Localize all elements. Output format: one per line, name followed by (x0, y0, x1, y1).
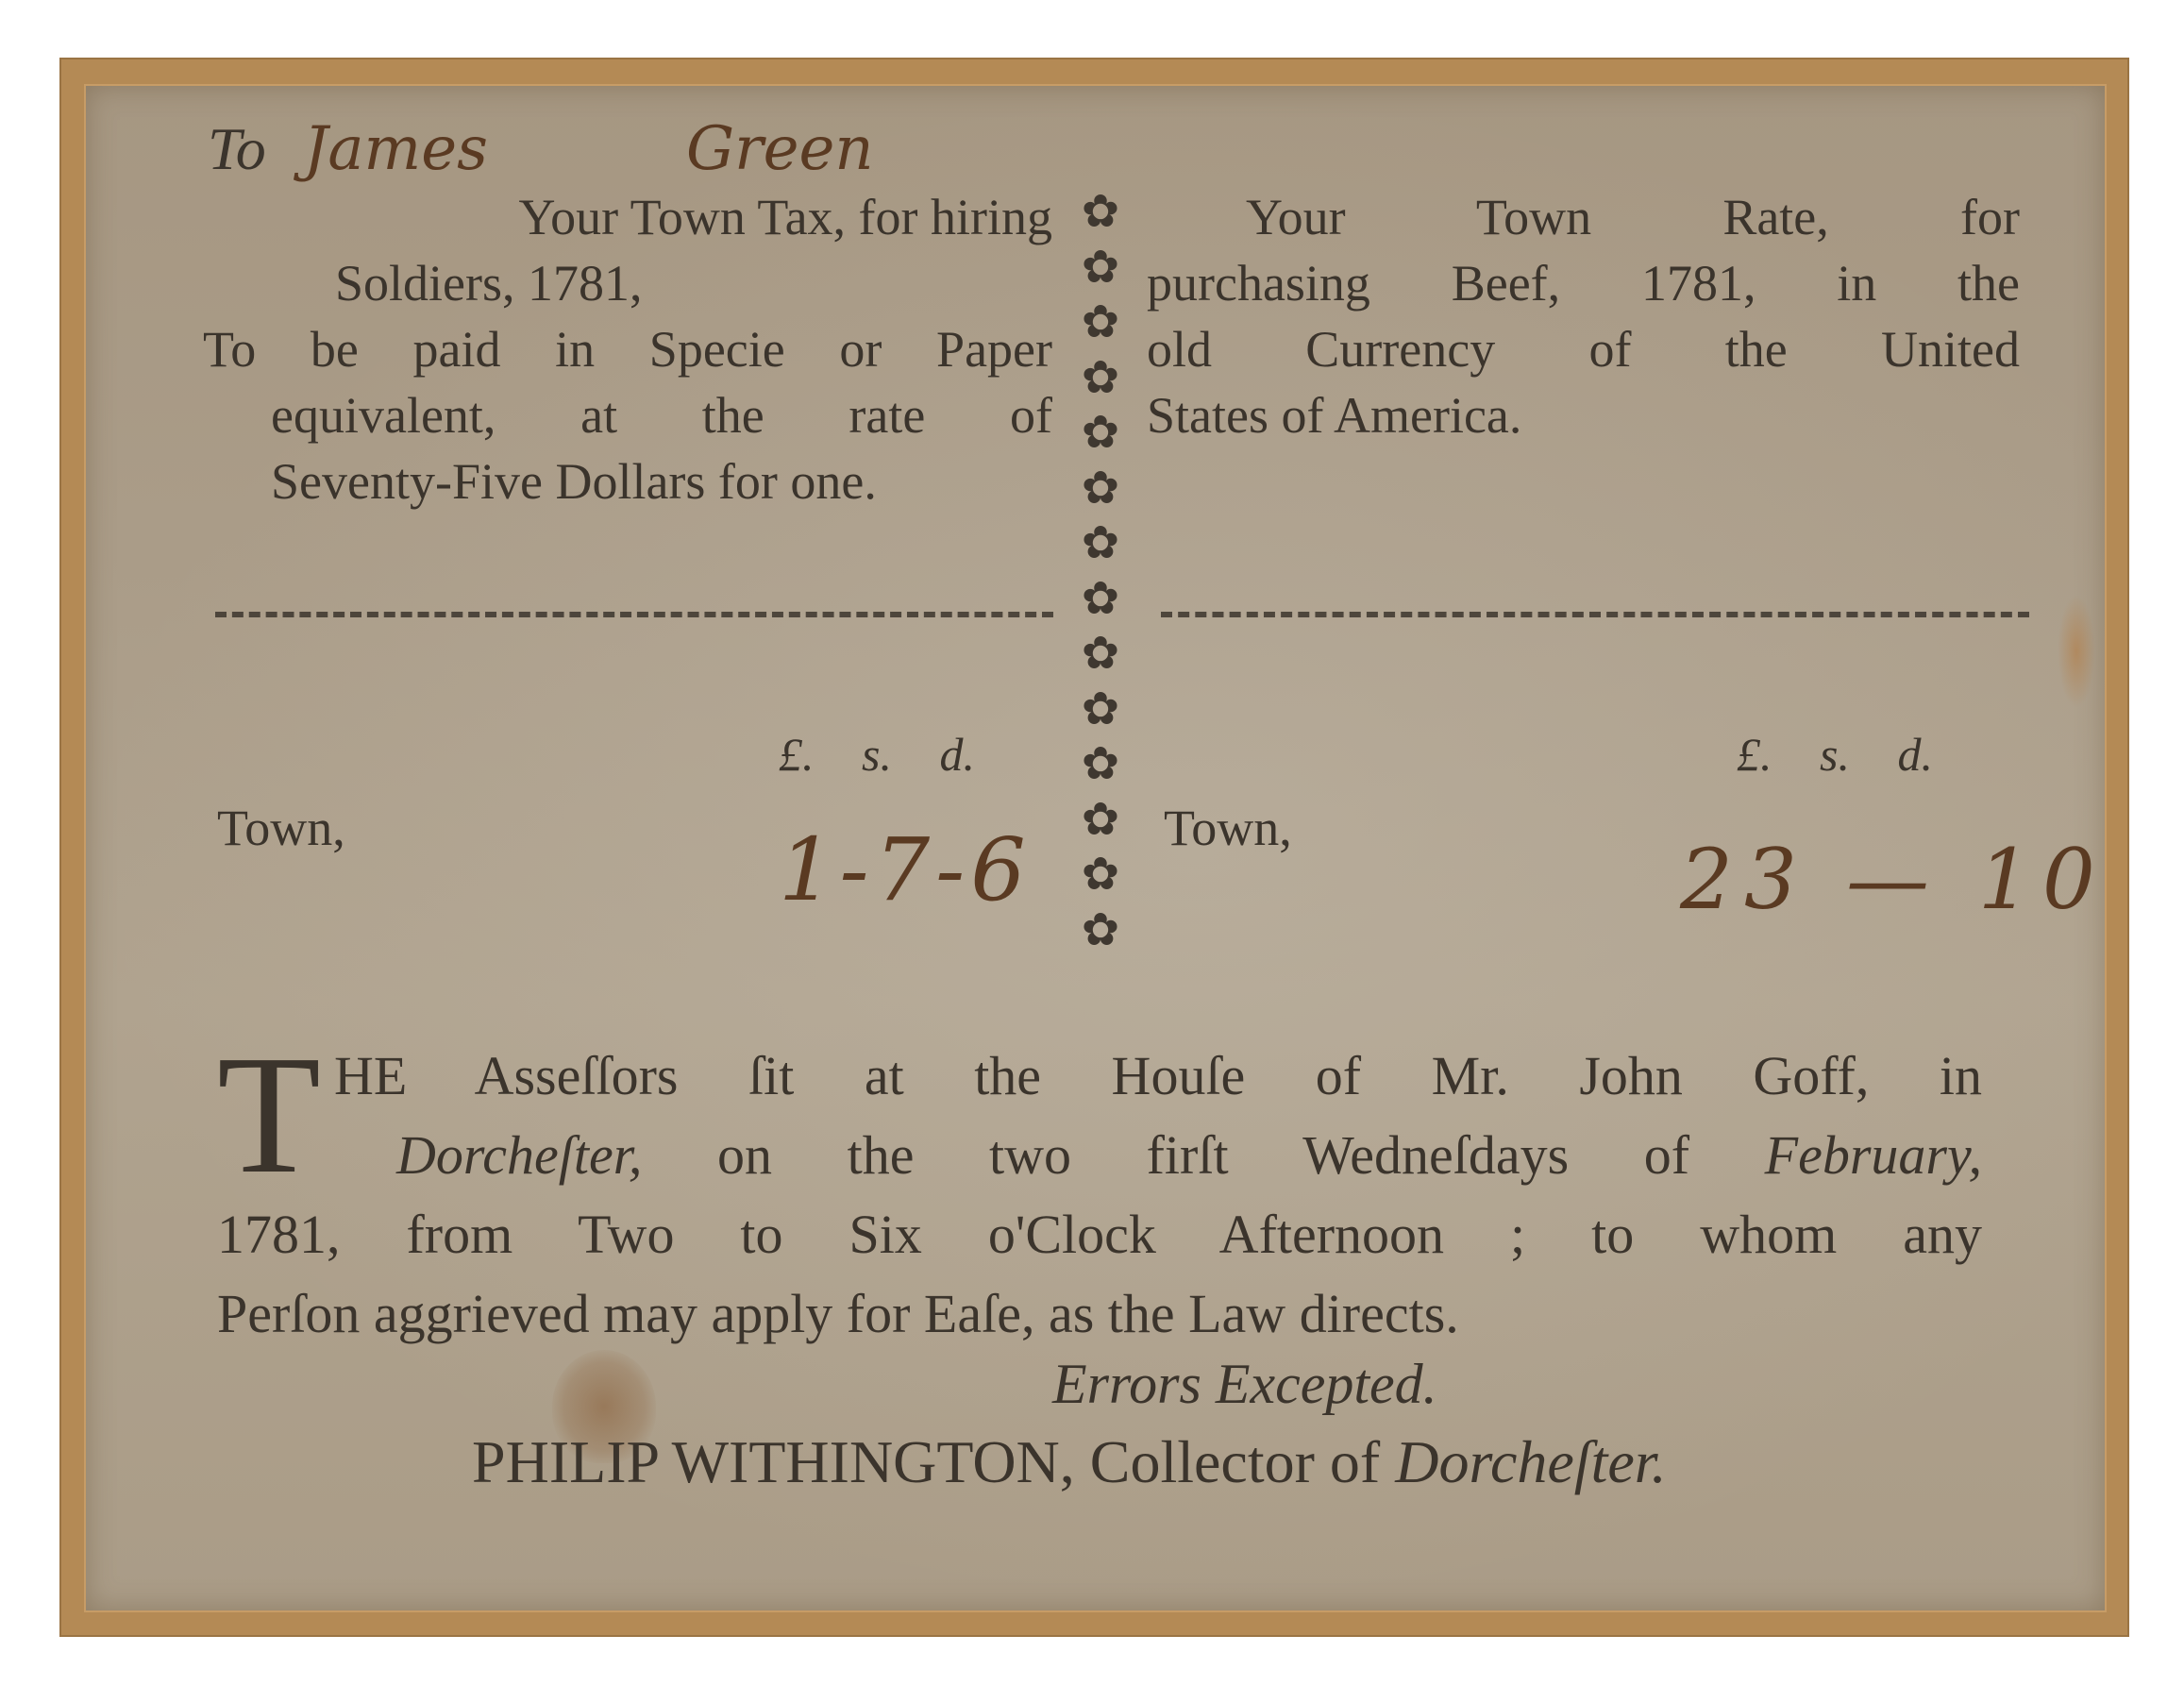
town-rate-line-4: States of America. (1147, 382, 2020, 448)
flower-ornament-icon: ✿ (1082, 737, 1119, 793)
town-tax-line-2: Soldiers, 1781, (203, 250, 1052, 316)
notice-line-1: HE Asseſſors ſit at the Houſe of Mr. Joh… (217, 1037, 1982, 1116)
flower-ornament-icon: ✿ (1082, 903, 1119, 959)
drop-cap: T (217, 1044, 321, 1186)
town-tax-column: Your Town Tax, for hiring Soldiers, 1781… (203, 184, 1052, 514)
notice-line-2: Dorcheſter, on the two firſt Wedneſdays … (217, 1116, 1982, 1195)
notice-line-3: 1781, from Two to Six o'Clock Afternoon … (217, 1195, 1982, 1274)
flower-ornament-icon: ✿ (1082, 462, 1119, 517)
flower-ornament-icon: ✿ (1082, 793, 1119, 849)
collector-name: PHILIP WITHINGTON, (472, 1428, 1075, 1495)
town-tax-line-3: To be paid in Specie or Paper (203, 316, 1052, 382)
collector-title: Collector of (1075, 1428, 1395, 1495)
flower-ornament-icon: ✿ (1082, 848, 1119, 903)
left-currency-headers: £. s. d. (779, 727, 975, 782)
flower-ornament-icon: ✿ (1082, 185, 1119, 241)
right-currency-headers: £. s. d. (1737, 727, 1933, 782)
ornament-column: ✿ ✿ ✿ ✿ ✿ ✿ ✿ ✿ ✿ ✿ ✿ ✿ ✿ ✿ (1076, 185, 1125, 958)
collector-signature: PHILIP WITHINGTON, Collector of Dorcheſt… (472, 1427, 1667, 1497)
collector-place: Dorcheſter. (1395, 1428, 1666, 1495)
notice-place: Dorcheſter, (396, 1124, 642, 1186)
right-divider-rule (1161, 612, 2029, 617)
town-rate-column: Your Town Rate, for purchasing Beef, 178… (1147, 184, 2020, 448)
flower-ornament-icon: ✿ (1082, 627, 1119, 683)
salutation-to: To (208, 115, 266, 182)
town-tax-amount: 1-7-6 (779, 819, 1032, 920)
left-divider-rule (215, 612, 1053, 617)
town-tax-line-4: equivalent, at the rate of (203, 382, 1052, 448)
town-tax-line-5: Seventy-Five Dollars for one. (203, 448, 1052, 514)
flower-ornament-icon: ✿ (1082, 572, 1119, 628)
town-rate-line-1: Your Town Rate, for (1147, 184, 2020, 250)
flower-ornament-icon: ✿ (1082, 241, 1119, 296)
town-rate-line-3: old Currency of the United (1147, 316, 2020, 382)
right-town-label: Town, (1164, 799, 1292, 857)
notice-line-2-text: on the two firſt Wedneſdays of (642, 1124, 1764, 1186)
flower-ornament-icon: ✿ (1082, 516, 1119, 572)
errors-excepted: Errors Excepted. (1052, 1352, 1437, 1417)
recipient-last-name: Green (686, 114, 874, 184)
assessors-notice: T HE Asseſſors ſit at the Houſe of Mr. J… (217, 1037, 1982, 1354)
left-town-label: Town, (217, 799, 345, 857)
flower-ornament-icon: ✿ (1082, 406, 1119, 462)
town-rate-line-2: purchasing Beef, 1781, in the (1147, 250, 2020, 316)
edge-stain (2058, 595, 2095, 708)
town-tax-line-1: Your Town Tax, for hiring (203, 184, 1052, 250)
town-rate-amount: 23 — 10 (1680, 831, 2107, 928)
notice-line-4: Perſon aggrieved may apply for Eaſe, as … (217, 1274, 1982, 1354)
flower-ornament-icon: ✿ (1082, 295, 1119, 351)
salutation: ToJamesGreen (208, 111, 874, 187)
notice-month: February, (1765, 1124, 1982, 1186)
recipient-first-name: James (304, 114, 488, 184)
flower-ornament-icon: ✿ (1082, 683, 1119, 738)
flower-ornament-icon: ✿ (1082, 351, 1119, 407)
